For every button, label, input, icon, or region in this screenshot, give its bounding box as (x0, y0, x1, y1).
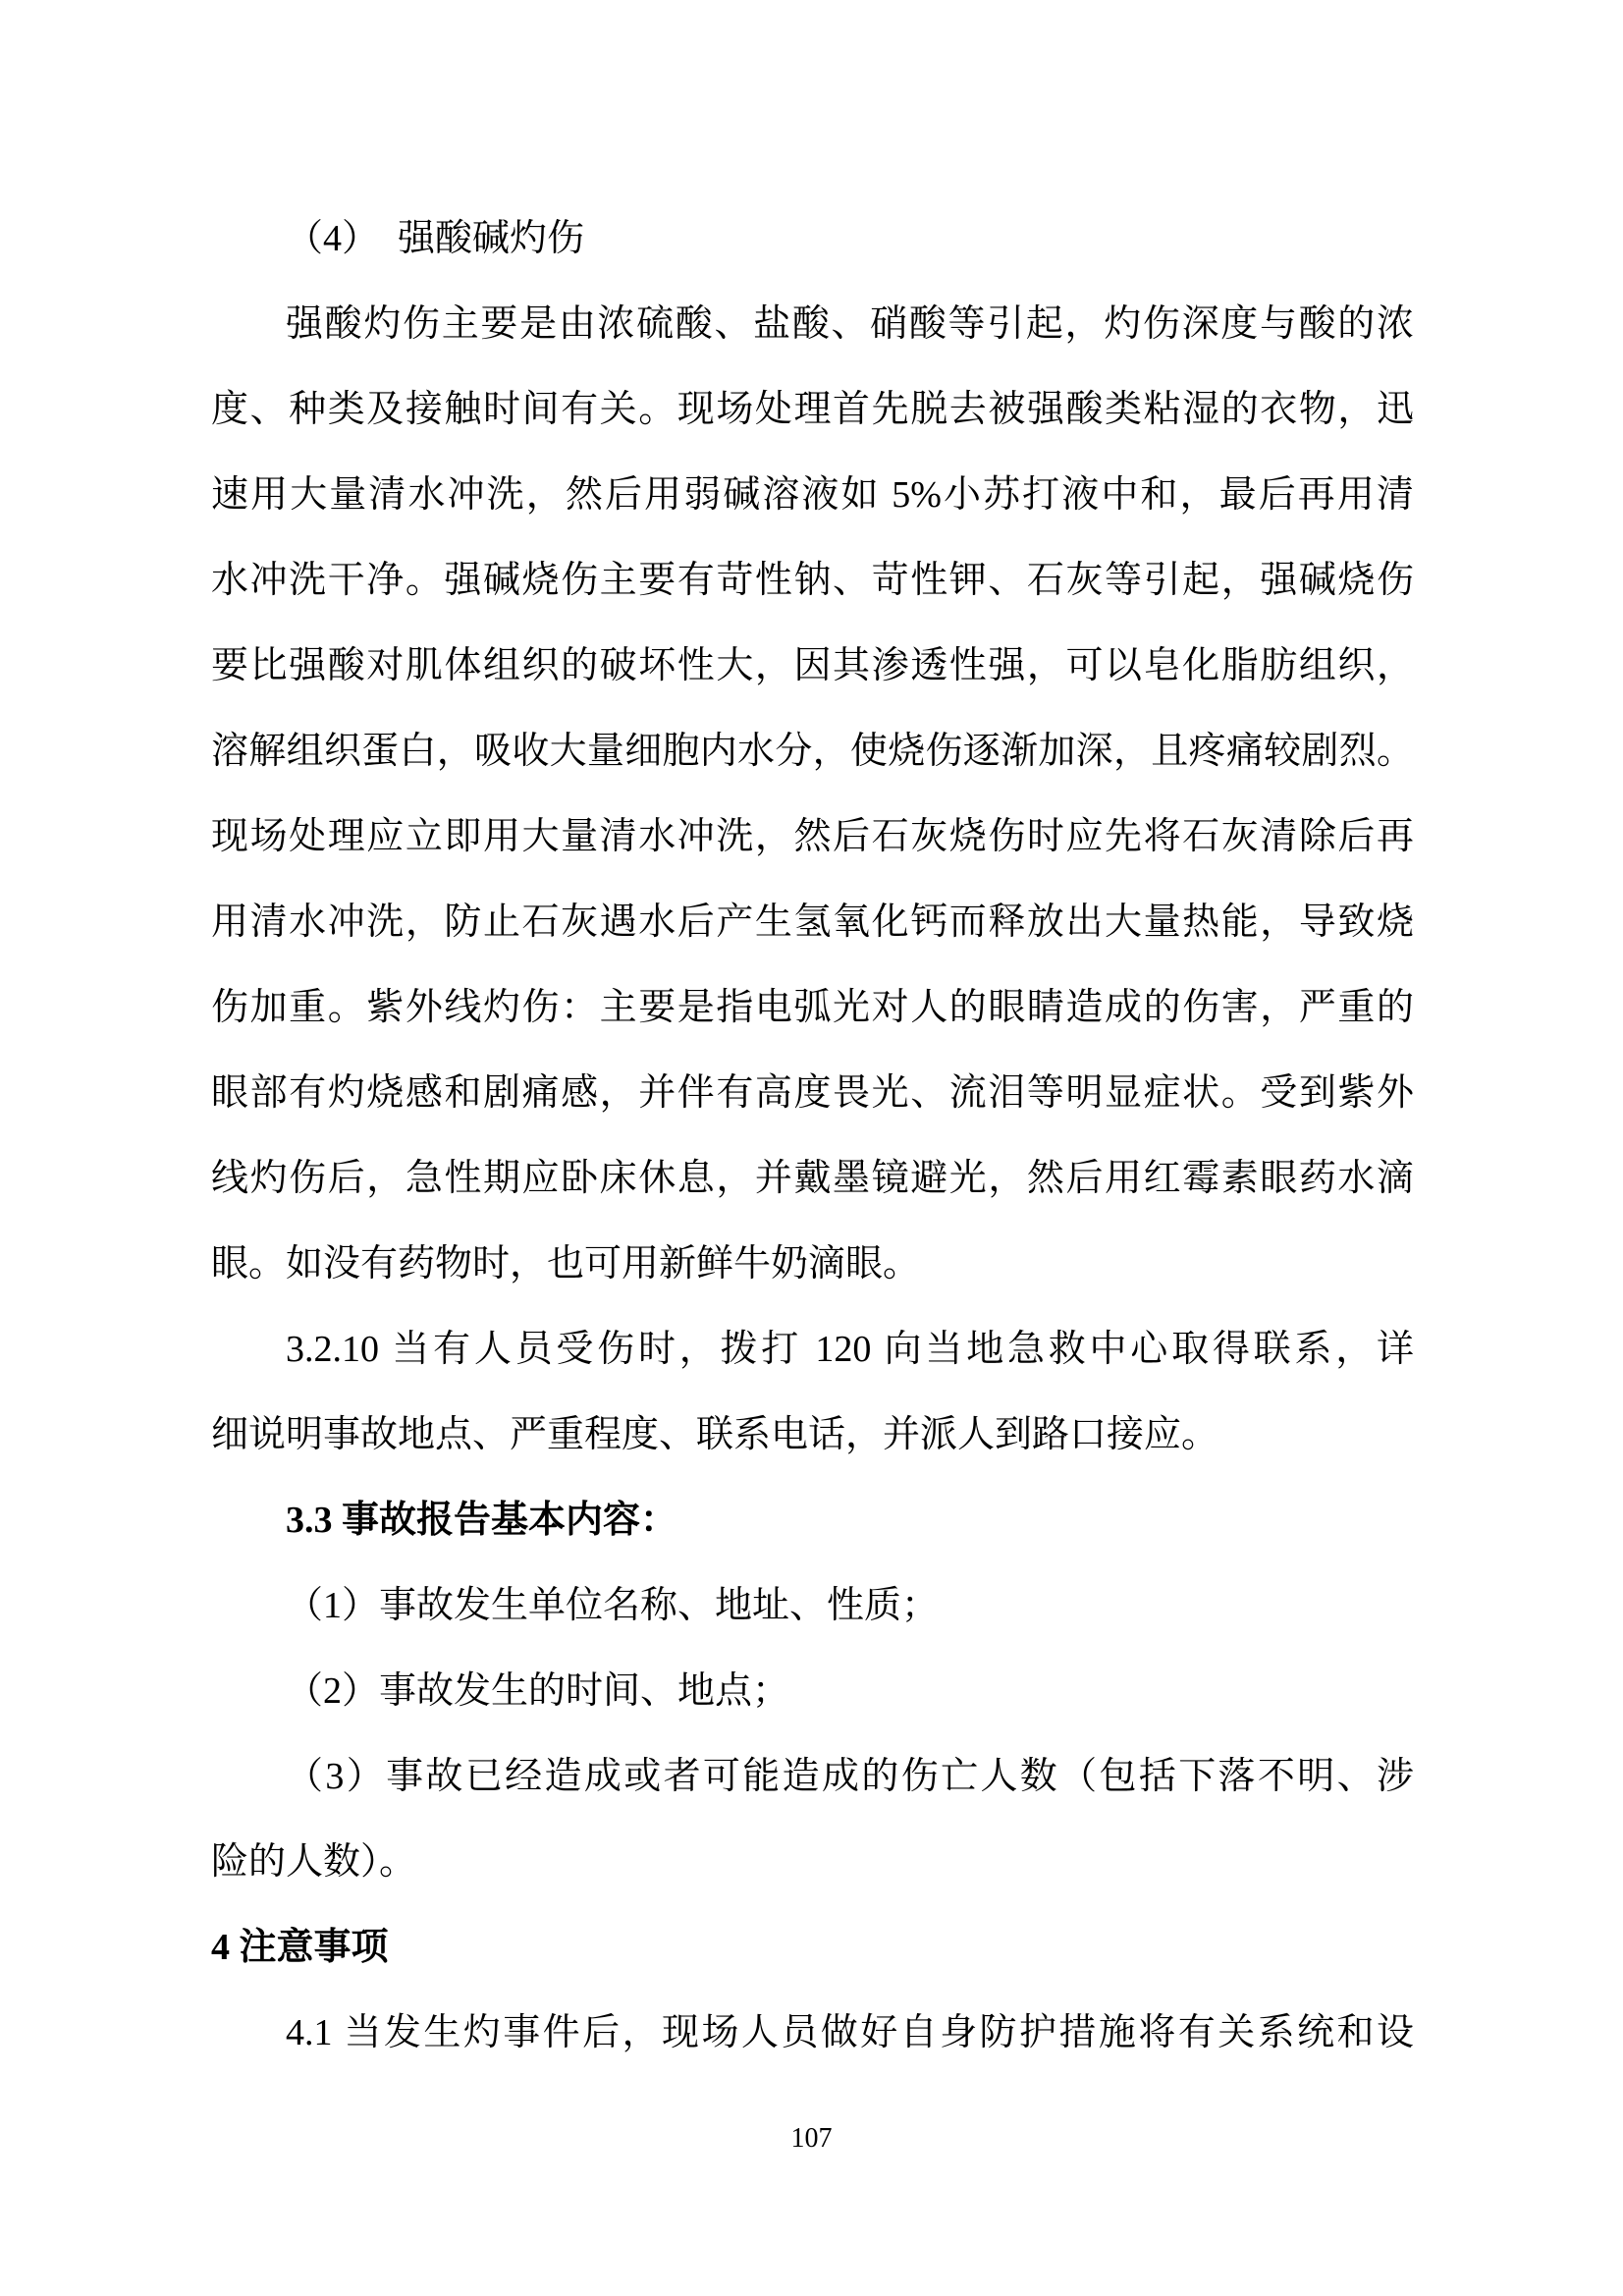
text-line: 要比强酸对肌体组织的破坏性大，因其渗透性强，可以皂化脂肪组织， (211, 624, 1414, 709)
text-line: 险的人数）。 (211, 1820, 1414, 1905)
text-line: （1）事故发生单位名称、地址、性质； (211, 1563, 1414, 1649)
text-line: 3.3 事故报告基本内容： (211, 1478, 1414, 1563)
text-line: 4.1 当发生灼事件后，现场人员做好自身防护措施将有关系统和设 (211, 1991, 1414, 2076)
text-line: 现场处理应立即用大量清水冲洗，然后石灰烧伤时应先将石灰清除后再 (211, 794, 1414, 880)
text-line: （3）事故已经造成或者可能造成的伤亡人数（包括下落不明、涉 (211, 1734, 1414, 1820)
text-line: 伤加重。紫外线灼伤：主要是指电弧光对人的眼睛造成的伤害，严重的 (211, 965, 1414, 1051)
text-line: 线灼伤后，急性期应卧床休息，并戴墨镜避光，然后用红霉素眼药水滴 (211, 1136, 1414, 1222)
text-line: 4 注意事项 (211, 1905, 1414, 1991)
document-page: （4） 强酸碱灼伤强酸灼伤主要是由浓硫酸、盐酸、硝酸等引起，灼伤深度与酸的浓度、… (0, 0, 1623, 2296)
text-line: 用清水冲洗，防止石灰遇水后产生氢氧化钙而释放出大量热能，导致烧 (211, 880, 1414, 965)
text-line: 度、种类及接触时间有关。现场处理首先脱去被强酸类粘湿的衣物，迅 (211, 367, 1414, 453)
text-line: 强酸灼伤主要是由浓硫酸、盐酸、硝酸等引起，灼伤深度与酸的浓 (211, 282, 1414, 367)
text-line: （4） 强酸碱灼伤 (211, 196, 1414, 282)
text-line: 眼部有灼烧感和剧痛感，并伴有高度畏光、流泪等明显症状。受到紫外 (211, 1051, 1414, 1136)
document-body: （4） 强酸碱灼伤强酸灼伤主要是由浓硫酸、盐酸、硝酸等引起，灼伤深度与酸的浓度、… (211, 196, 1414, 2076)
page-number: 107 (0, 2119, 1623, 2159)
text-line: 3.2.10 当有人员受伤时，拨打 120 向当地急救中心取得联系，详 (211, 1307, 1414, 1393)
text-line: 速用大量清水冲洗，然后用弱碱溶液如 5%小苏打液中和，最后再用清 (211, 453, 1414, 538)
text-line: 溶解组织蛋白，吸收大量细胞内水分，使烧伤逐渐加深，且疼痛较剧烈。 (211, 709, 1414, 794)
text-line: 眼。如没有药物时，也可用新鲜牛奶滴眼。 (211, 1222, 1414, 1307)
text-line: 水冲洗干净。强碱烧伤主要有苛性钠、苛性钾、石灰等引起，强碱烧伤 (211, 538, 1414, 624)
text-line: 细说明事故地点、严重程度、联系电话，并派人到路口接应。 (211, 1393, 1414, 1478)
text-line: （2）事故发生的时间、地点； (211, 1649, 1414, 1734)
